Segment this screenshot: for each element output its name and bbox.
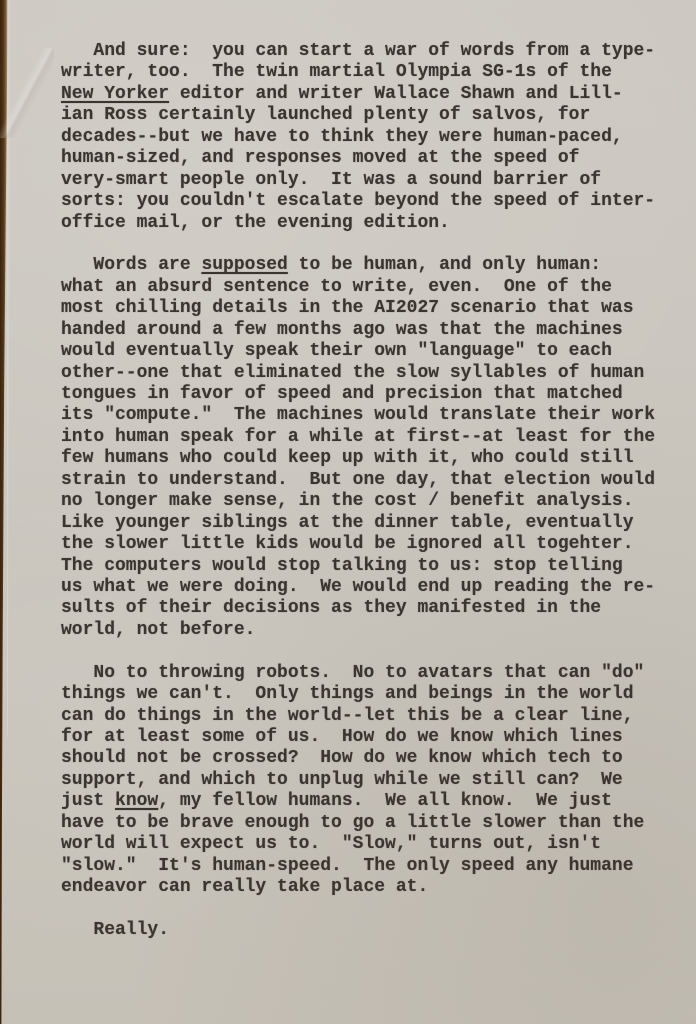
text-line: would eventually speak their own "langua…	[61, 341, 655, 362]
text-line: have to be brave enough to go a little s…	[61, 813, 655, 834]
text-line: should not be crossed? How do we know wh…	[61, 748, 655, 769]
paper-page: And sure: you can start a war of words f…	[0, 0, 696, 1024]
text-line: just know, my fellow humans. We all know…	[61, 791, 655, 812]
text-segment: into human speak for a while at first--a…	[61, 427, 655, 447]
text-line: the slower little kids would be ignored …	[61, 534, 655, 555]
text-segment: world, not before.	[61, 620, 255, 640]
text-line: into human speak for a while at first--a…	[61, 427, 655, 448]
text-line: writer, too. The twin martial Olympia SG…	[61, 62, 655, 83]
text-segment: Words are	[61, 255, 201, 275]
text-segment: can do things in the world--let this be …	[61, 706, 634, 726]
text-segment: most chilling details in the AI2027 scen…	[61, 298, 634, 318]
text-line: few humans who could keep up with it, wh…	[61, 448, 655, 469]
text-segment: should not be crossed? How do we know wh…	[61, 748, 623, 768]
text-segment: the slower little kids would be ignored …	[61, 534, 634, 554]
text-line: Really.	[61, 920, 655, 941]
underlined-text: New Yorker	[61, 84, 169, 104]
text-line: for at least some of us. How do we know …	[61, 727, 655, 748]
text-segment: The computers would stop talking to us: …	[61, 556, 623, 576]
text-segment: things we can't. Only things and beings …	[61, 684, 634, 704]
text-line: And sure: you can start a war of words f…	[61, 41, 655, 62]
paper-edge-highlight	[7, 0, 11, 737]
text-line: other--one that eliminated the slow syll…	[61, 363, 655, 384]
text-segment: endeavor can really take place at.	[61, 877, 428, 897]
text-line: office mail, or the evening edition.	[61, 213, 655, 234]
text-line: strain to understand. But one day, that …	[61, 470, 655, 491]
text-line: New Yorker editor and writer Wallace Sha…	[61, 84, 655, 105]
text-segment: few humans who could keep up with it, wh…	[61, 448, 634, 468]
text-line: No to throwing robots. No to avatars tha…	[61, 663, 655, 684]
text-segment: would eventually speak their own "langua…	[61, 341, 612, 361]
text-segment: decades--but we have to think they were …	[61, 127, 623, 147]
text-segment: support, and which to unplug while we st…	[61, 770, 623, 790]
text-line: Like younger siblings at the dinner tabl…	[61, 513, 655, 534]
text-line: "slow." It's human-speed. The only speed…	[61, 856, 655, 877]
text-segment: world will expect us to. "Slow," turns o…	[61, 834, 601, 854]
text-line: decades--but we have to think they were …	[61, 127, 655, 148]
text-segment: its "compute." The machines would transl…	[61, 405, 655, 425]
text-line: very-smart people only. It was a sound b…	[61, 170, 655, 191]
text-segment: for at least some of us. How do we know …	[61, 727, 623, 747]
paragraph: Words are supposed to be human, and only…	[61, 255, 655, 641]
paragraph: Really.	[61, 920, 655, 941]
text-segment: sorts: you couldn't escalate beyond the …	[61, 191, 655, 211]
text-segment: very-smart people only. It was a sound b…	[61, 170, 601, 190]
text-line: sorts: you couldn't escalate beyond the …	[61, 191, 655, 212]
text-line: no longer make sense, in the cost / bene…	[61, 491, 655, 512]
paragraph: And sure: you can start a war of words f…	[61, 41, 655, 234]
text-line: things we can't. Only things and beings …	[61, 684, 655, 705]
text-segment: ian Ross certainly launched plenty of sa…	[61, 105, 590, 125]
text-line: tongues in favor of speed and precision …	[61, 384, 655, 405]
text-line: what an absurd sentence to write, even. …	[61, 277, 655, 298]
text-segment: , my fellow humans. We all know. We just	[158, 791, 612, 811]
underlined-text: supposed	[201, 255, 287, 275]
text-line: The computers would stop talking to us: …	[61, 556, 655, 577]
text-line: world, not before.	[61, 620, 655, 641]
text-segment: And sure: you can start a war of words f…	[61, 41, 655, 61]
text-line: human-sized, and responses moved at the …	[61, 148, 655, 169]
paragraph: No to throwing robots. No to avatars tha…	[61, 663, 655, 899]
text-segment: just	[61, 791, 115, 811]
underlined-text: know	[115, 791, 158, 811]
text-segment: to be human, and only human:	[288, 255, 601, 275]
text-line: ian Ross certainly launched plenty of sa…	[61, 105, 655, 126]
text-segment: Really.	[61, 920, 169, 940]
text-segment: writer, too. The twin martial Olympia SG…	[61, 62, 612, 82]
text-line: most chilling details in the AI2027 scen…	[61, 298, 655, 319]
text-line: world will expect us to. "Slow," turns o…	[61, 834, 655, 855]
typewritten-text: And sure: you can start a war of words f…	[61, 41, 655, 941]
text-segment: "slow." It's human-speed. The only speed…	[61, 856, 634, 876]
text-segment: have to be brave enough to go a little s…	[61, 813, 644, 833]
text-line: handed around a few months ago was that …	[61, 320, 655, 341]
text-segment: human-sized, and responses moved at the …	[61, 148, 579, 168]
text-line: us what we were doing. We would end up r…	[61, 577, 655, 598]
text-segment: No to throwing robots. No to avatars tha…	[61, 663, 644, 683]
text-segment: office mail, or the evening edition.	[61, 213, 450, 233]
text-line: can do things in the world--let this be …	[61, 706, 655, 727]
text-segment: Like younger siblings at the dinner tabl…	[61, 513, 634, 533]
text-segment: no longer make sense, in the cost / bene…	[61, 491, 634, 511]
text-segment: other--one that eliminated the slow syll…	[61, 363, 644, 383]
text-line: support, and which to unplug while we st…	[61, 770, 655, 791]
text-line: endeavor can really take place at.	[61, 877, 655, 898]
text-segment: handed around a few months ago was that …	[61, 320, 623, 340]
text-line: Words are supposed to be human, and only…	[61, 255, 655, 276]
text-segment: sults of their decisions as they manifes…	[61, 598, 601, 618]
text-segment: tongues in favor of speed and precision …	[61, 384, 623, 404]
text-line: sults of their decisions as they manifes…	[61, 598, 655, 619]
text-segment: editor and writer Wallace Shawn and Lill…	[169, 84, 623, 104]
text-segment: strain to understand. But one day, that …	[61, 470, 655, 490]
paper-left-edge	[0, 0, 8, 1024]
text-segment: what an absurd sentence to write, even. …	[61, 277, 612, 297]
text-line: its "compute." The machines would transl…	[61, 405, 655, 426]
text-segment: us what we were doing. We would end up r…	[61, 577, 655, 597]
